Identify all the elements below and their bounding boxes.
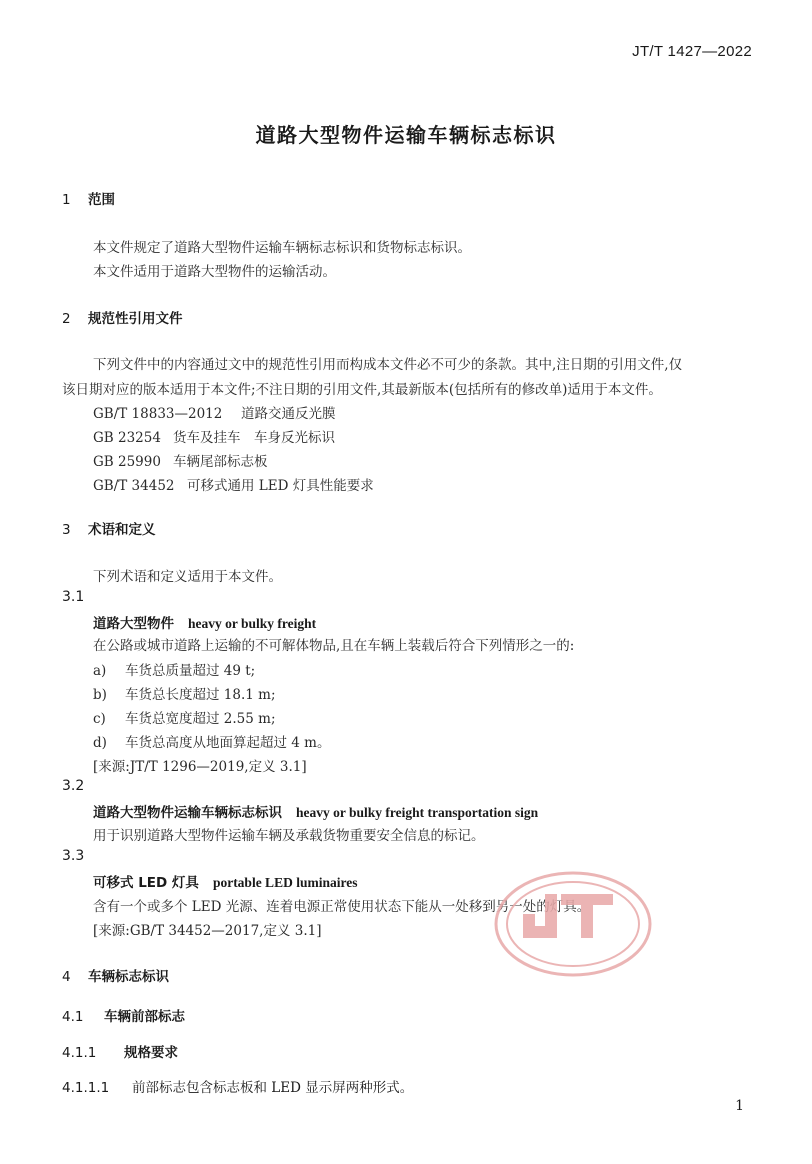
page-number: 1	[735, 1098, 744, 1114]
term-source: [来源:JT/T 1296—2019,定义 3.1]	[93, 755, 307, 775]
reference-item: GB/T 18833—2012道路交通反光膜	[93, 402, 336, 422]
section-title: 车辆前部标志	[104, 1009, 185, 1025]
section-number: 4.1.1	[62, 1045, 124, 1061]
reference-code: GB 25990	[93, 454, 173, 470]
term-definition: 在公路或城市道路上运输的不可解体物品,且在车辆上装载后符合下列情形之一的:	[93, 634, 574, 654]
list-item: b)车货总长度超过 18.1 m;	[93, 683, 276, 703]
term-chinese: 道路大型物件运输车辆标志标识	[93, 805, 282, 821]
section-2-heading: 2规范性引用文件	[62, 307, 183, 327]
term-english: heavy or bulky freight transportation si…	[296, 805, 538, 820]
subsection-4-1-1-heading: 4.1.1规格要求	[62, 1041, 178, 1061]
section-title: 规范性引用文件	[88, 311, 183, 327]
reference-title: 可移式通用 LED 灯具性能要求	[187, 478, 374, 494]
reference-title: 车辆尾部标志板	[173, 454, 268, 470]
section-title: 范围	[88, 192, 115, 208]
reference-item: GB/T 34452可移式通用 LED 灯具性能要求	[93, 474, 374, 494]
section-3-heading: 3术语和定义	[62, 518, 156, 538]
list-text: 车货总质量超过 49 t;	[125, 663, 255, 679]
term-heading: 可移式 LED 灯具portable LED luminaires	[93, 871, 357, 891]
term-heading: 道路大型物件heavy or bulky freight	[93, 612, 316, 632]
reference-title: 道路交通反光膜	[241, 406, 336, 422]
term-chinese: 道路大型物件	[93, 616, 174, 632]
list-label: d)	[93, 735, 125, 751]
subsection-4-1-heading: 4.1车辆前部标志	[62, 1005, 185, 1025]
reference-code: GB/T 34452	[93, 478, 187, 494]
list-item: a)车货总质量超过 49 t;	[93, 659, 255, 679]
paragraph: 本文件适用于道路大型物件的运输活动。	[93, 260, 336, 280]
reference-code: GB 23254	[93, 430, 173, 446]
section-1-heading: 1范围	[62, 188, 115, 208]
section-number: 4.1	[62, 1009, 104, 1025]
reference-code: GB/T 18833—2012	[93, 406, 241, 422]
term-definition: 用于识别道路大型物件运输车辆及承载货物重要安全信息的标记。	[93, 824, 485, 844]
term-heading: 道路大型物件运输车辆标志标识heavy or bulky freight tra…	[93, 801, 538, 821]
paragraph: 下列术语和定义适用于本文件。	[93, 565, 282, 585]
list-label: a)	[93, 663, 125, 679]
list-text: 车货总高度从地面算起超过 4 m。	[125, 735, 330, 751]
list-text: 车货总长度超过 18.1 m;	[125, 687, 276, 703]
standard-code: JT/T 1427—2022	[632, 43, 752, 60]
list-item: d)车货总高度从地面算起超过 4 m。	[93, 731, 330, 751]
reference-title: 货车及挂车 车身反光标识	[173, 430, 335, 446]
section-number: 3	[62, 522, 88, 538]
reference-item: GB 23254货车及挂车 车身反光标识	[93, 426, 335, 446]
term-chinese: 可移式 LED 灯具	[93, 875, 199, 891]
term-number: 3.1	[62, 589, 84, 605]
clause-number: 4.1.1.1	[62, 1080, 132, 1096]
section-title: 术语和定义	[88, 522, 156, 538]
list-label: b)	[93, 687, 125, 703]
jt-seal-icon	[493, 870, 653, 978]
section-number: 1	[62, 192, 88, 208]
list-label: c)	[93, 711, 125, 727]
jt-watermark-logo	[493, 870, 653, 978]
paragraph: 本文件规定了道路大型物件运输车辆标志标识和货物标志标识。	[93, 236, 471, 256]
list-text: 车货总宽度超过 2.55 m;	[125, 711, 276, 727]
section-number: 2	[62, 311, 88, 327]
clause-4-1-1-1: 4.1.1.1前部标志包含标志板和 LED 显示屏两种形式。	[62, 1076, 413, 1096]
paragraph: 该日期对应的版本适用于本文件;不注日期的引用文件,其最新版本(包括所有的修改单)…	[62, 378, 662, 398]
term-english: portable LED luminaires	[213, 875, 358, 890]
paragraph: 下列文件中的内容通过文中的规范性引用而构成本文件必不可少的条款。其中,注日期的引…	[93, 353, 682, 373]
section-4-heading: 4车辆标志标识	[62, 965, 169, 985]
section-title: 规格要求	[124, 1045, 178, 1061]
document-title: 道路大型物件运输车辆标志标识	[0, 119, 812, 148]
term-number: 3.2	[62, 778, 84, 794]
list-item: c)车货总宽度超过 2.55 m;	[93, 707, 276, 727]
term-number: 3.3	[62, 848, 84, 864]
section-number: 4	[62, 969, 88, 985]
term-definition: 含有一个或多个 LED 光源、连着电源正常使用状态下能从一处移到另一处的灯具。	[93, 895, 590, 915]
section-title: 车辆标志标识	[88, 969, 169, 985]
term-source: [来源:GB/T 34452—2017,定义 3.1]	[93, 919, 322, 939]
term-english: heavy or bulky freight	[188, 616, 316, 631]
reference-item: GB 25990车辆尾部标志板	[93, 450, 268, 470]
clause-text: 前部标志包含标志板和 LED 显示屏两种形式。	[132, 1080, 413, 1096]
